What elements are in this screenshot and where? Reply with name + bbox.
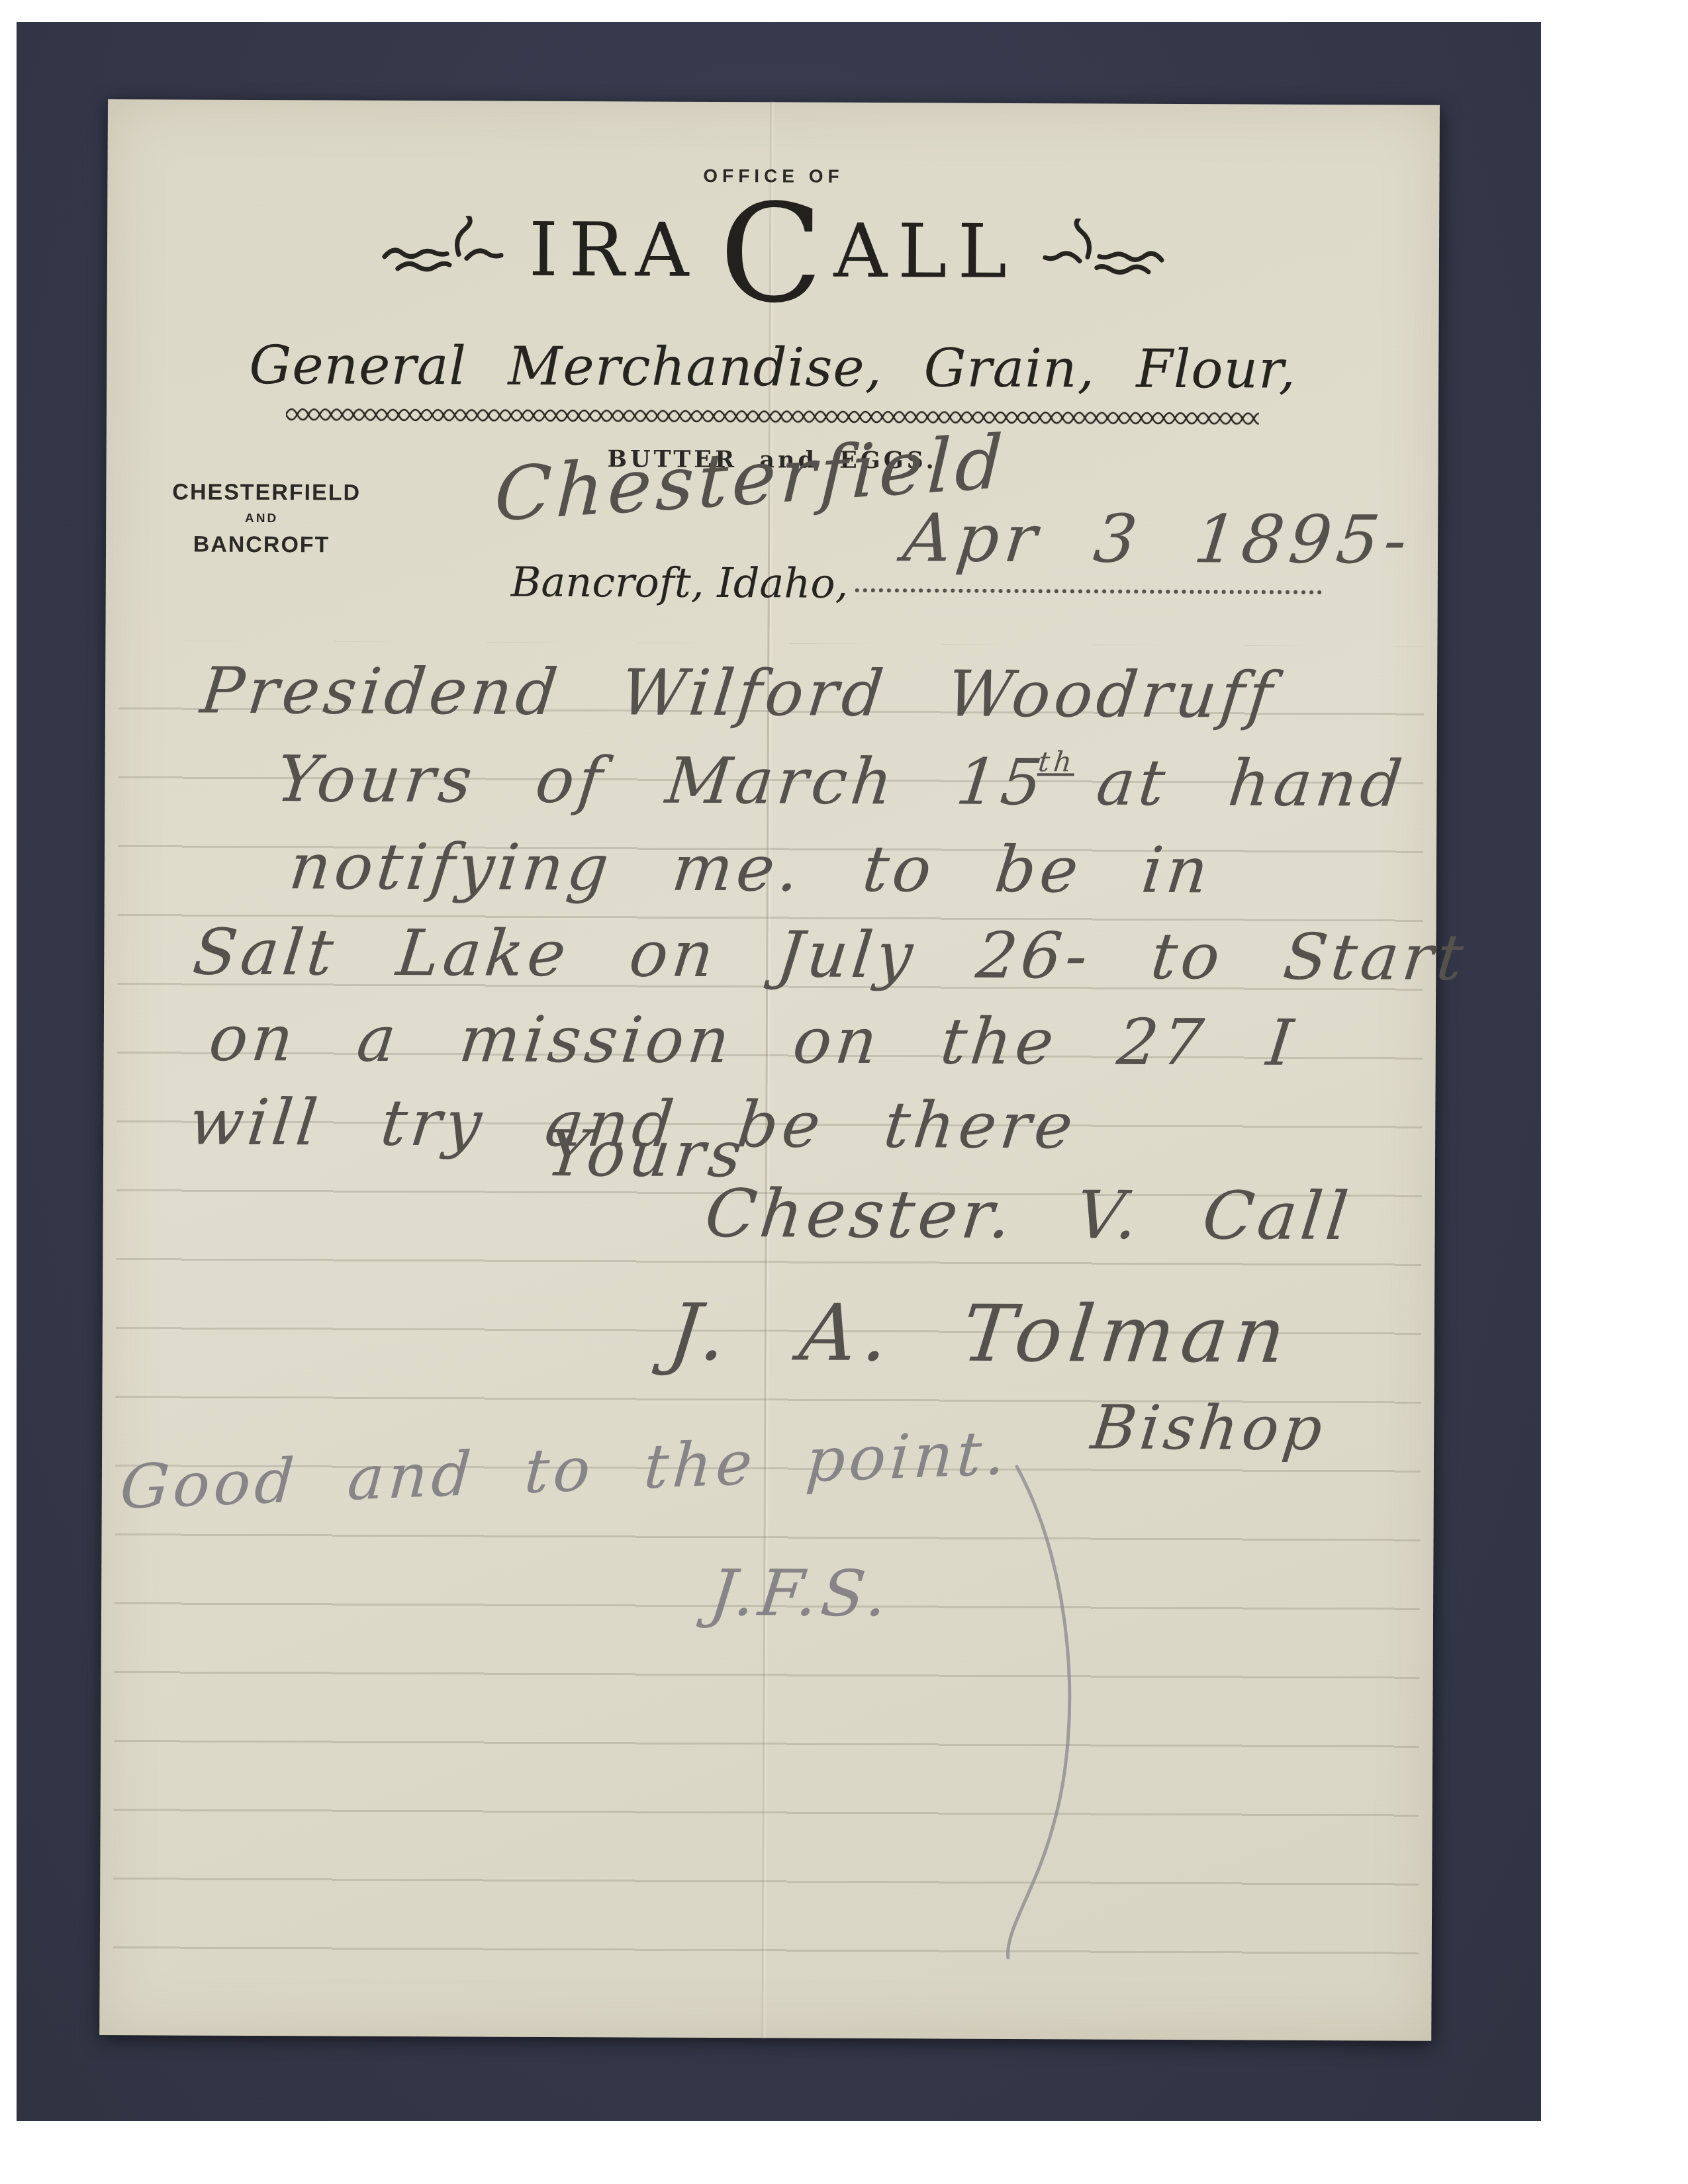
location-bancroft: BANCROFT <box>172 531 351 558</box>
body-line-1: Presidend Wilford Woodruff <box>198 659 1279 727</box>
ornament-rule <box>286 406 1259 427</box>
pencil-initials: J.F.S. <box>707 1561 894 1625</box>
body-line-3: notifying me. to be in <box>287 835 1215 902</box>
body-line-4: Salt Lake on July 26- to Start <box>190 921 1470 989</box>
letterhead-name-ira: IRA <box>529 221 700 281</box>
printed-dateline-place: Bancroft, Idaho, <box>511 558 849 608</box>
location-chesterfield: CHESTERFIELD <box>172 479 351 506</box>
letter-paper: OFFICE OF IRA C ALL <box>99 99 1440 2041</box>
signature-tolman: J. A. Tolman <box>665 1293 1296 1374</box>
dateline-dotted-rule <box>855 582 1321 594</box>
location-and: AND <box>172 511 351 526</box>
letterhead-name-row: IRA C ALL <box>107 183 1440 321</box>
body-line-2: Yours of March 15that hand <box>273 747 1409 815</box>
signature-title-bishop: Bishop <box>1088 1398 1329 1460</box>
letterhead-business-line: General Merchandise, Grain, Flour, <box>107 334 1438 401</box>
letterhead-name-c-initial: C <box>719 200 823 309</box>
letterhead-name-all: ALL <box>833 222 1017 283</box>
body-line-2-pre: Yours of March 15 <box>273 742 1049 819</box>
pencil-note: Good and to the point. <box>118 1423 1011 1518</box>
scanned-letter-page: OFFICE OF IRA C ALL <box>0 0 1688 2184</box>
scan-background-mat: OFFICE OF IRA C ALL <box>17 22 1541 2121</box>
flourish-left-icon <box>379 215 512 285</box>
flourish-right-icon <box>1035 218 1167 289</box>
signature-chester-call: Chester. V. Call <box>702 1181 1355 1250</box>
ordinal-superscript: th <box>1037 748 1078 776</box>
handwritten-date: Apr 3 1895- <box>900 505 1415 573</box>
body-line-5: on a mission on the 27 I <box>207 1007 1300 1075</box>
letterhead-locations: CHESTERFIELD AND BANCROFT <box>172 479 352 558</box>
body-line-2-post: at hand <box>1093 746 1409 821</box>
